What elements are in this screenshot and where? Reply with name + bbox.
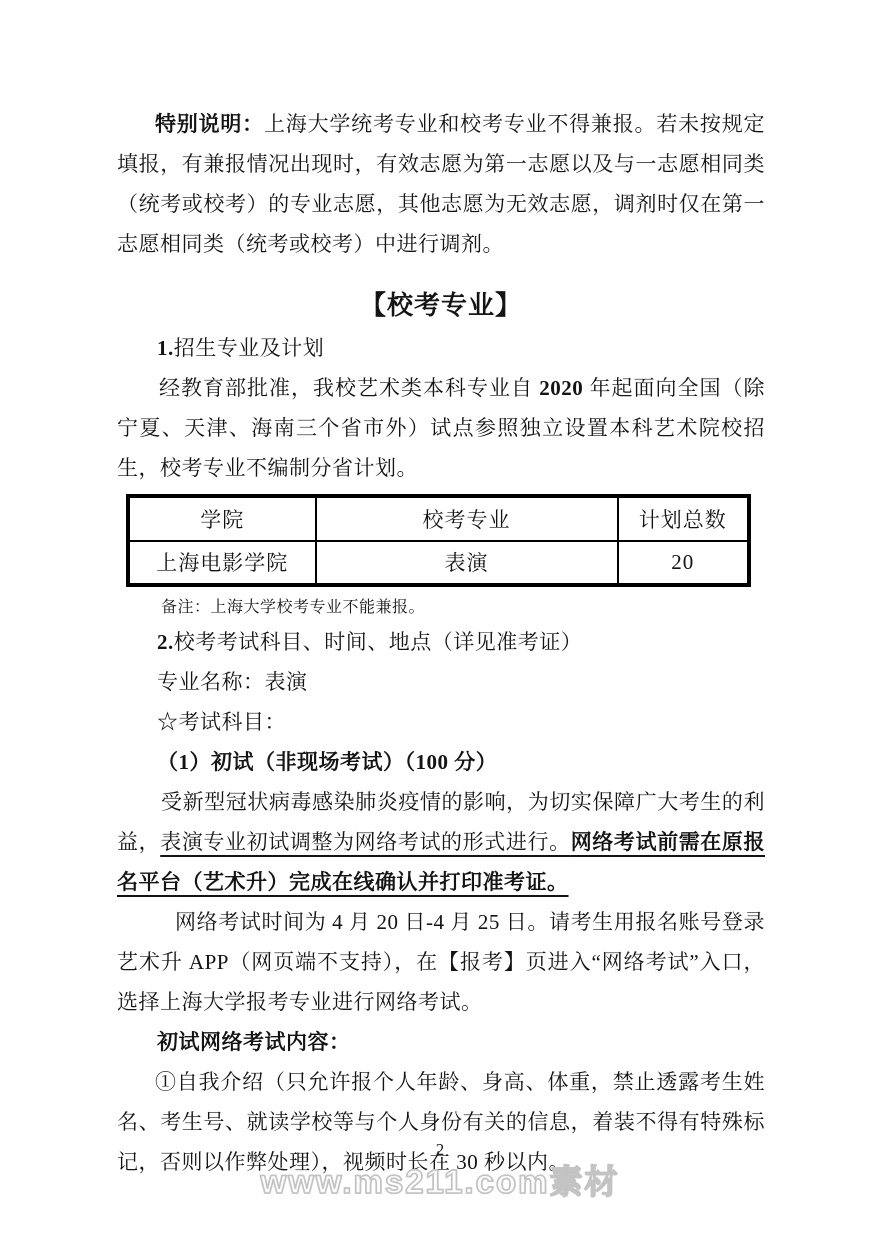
document-content: 特别说明：上海大学统考专业和校考专业不得兼报。若未按规定填报，有兼报情况出现时，… [117,104,765,1182]
item2-number: 2. [157,630,174,654]
table-row: 上海电影学院 表演 20 [129,541,749,585]
special-note-label: 特别说明： [155,112,264,136]
plan-table-header-row: 学院 校考专业 计划总数 [129,497,749,541]
header-total: 计划总数 [618,497,749,541]
covid-paragraph: 受新型冠状病毒感染肺炎疫情的影响，为切实保障广大考生的利益，表演专业初试调整为网… [117,782,765,902]
section-title: 【校考专业】 [117,284,765,328]
exam-content-label: 初试网络考试内容： [117,1022,765,1062]
table-note: 备注：上海大学校考专业不能兼报。 [161,594,765,622]
cell-major: 表演 [316,541,618,585]
item2-title: 校考考试科目、时间、地点（详见准考证） [174,630,583,654]
document-page: 特别说明：上海大学统考专业和校考专业不得兼报。若未按规定填报，有兼报情况出现时，… [0,0,880,1244]
header-major: 校考专业 [316,497,618,541]
plan-text-before-year: 经教育部批准，我校艺术类本科专业自 [159,376,539,400]
first-round-heading: （1）初试（非现场考试）（100 分） [117,742,765,782]
plan-paragraph: 经教育部批准，我校艺术类本科专业自 2020 年起面向全国（除宁夏、天津、海南三… [117,368,765,488]
plan-table: 学院 校考专业 计划总数 上海电影学院 表演 20 [127,495,750,586]
header-college: 学院 [129,497,316,541]
major-name-line: 专业名称：表演 [117,662,765,702]
item1-title: 招生专业及计划 [174,336,325,360]
exam-subjects-label: ☆考试科目： [117,702,765,742]
cell-college: 上海电影学院 [129,541,316,585]
cell-total: 20 [618,541,749,585]
plan-year: 2020 [539,376,583,400]
schedule-paragraph: 网络考试时间为 4 月 20 日-4 月 25 日。请考生用报名账号登录艺术升 … [117,902,765,1022]
special-note-paragraph: 特别说明：上海大学统考专业和校考专业不得兼报。若未按规定填报，有兼报情况出现时，… [117,104,765,264]
watermark-text: www.ms211.com素材 [0,1156,880,1203]
covid-text-underlined: 表演专业初试调整为网络考试的形式进行。 [160,830,570,854]
item2-heading: 2.校考考试科目、时间、地点（详见准考证） [117,622,765,662]
item1-number: 1. [157,336,174,360]
item1-heading: 1.招生专业及计划 [117,328,765,368]
